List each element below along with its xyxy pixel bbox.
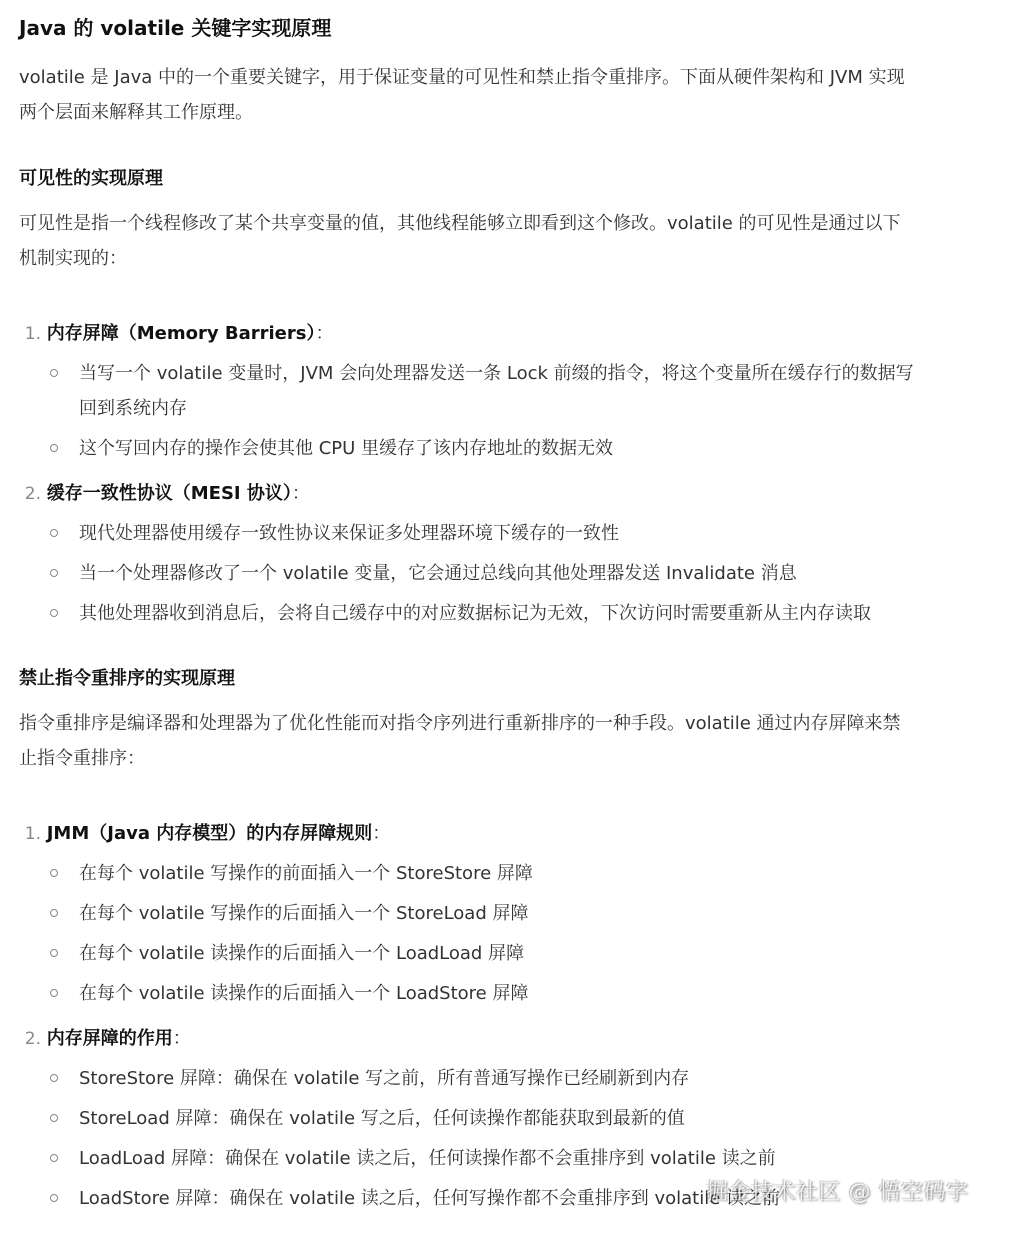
list-item-colon: ： <box>315 323 333 344</box>
list-number: 1. <box>11 320 41 348</box>
list-item-title: 内存屏障的作用 <box>47 1028 173 1049</box>
hollow-circle-bullet-icon <box>50 529 58 537</box>
description-line: 指令重排序是编译器和处理器为了优化性能而对指令序列进行重新排序的一种手段。vol… <box>19 706 994 741</box>
section-heading-visibility: 可见性的实现原理 <box>19 165 163 193</box>
list-number: 2. <box>11 480 41 508</box>
intro-line: 两个层面来解释其工作原理。 <box>19 95 994 130</box>
hollow-circle-bullet-icon <box>50 609 58 617</box>
list-item-colon: ： <box>292 483 310 504</box>
bullet-text: 现代处理器使用缓存一致性协议来保证多处理器环境下缓存的一致性 <box>79 516 619 551</box>
description-line: 机制实现的： <box>19 241 994 276</box>
list-number: 2. <box>11 1025 41 1053</box>
list-item-title: JMM（Java 内存模型）的内存屏障规则 <box>47 823 373 844</box>
list-number: 1. <box>11 820 41 848</box>
bullet-text: LoadLoad 屏障：确保在 volatile 读之后，任何读操作都不会重排序… <box>79 1141 776 1176</box>
intro-paragraph: volatile 是 Java 中的一个重要关键字，用于保证变量的可见性和禁止指… <box>19 60 994 130</box>
bullet-text: 在每个 volatile 写操作的后面插入一个 StoreLoad 屏障 <box>79 896 528 931</box>
intro-line: volatile 是 Java 中的一个重要关键字，用于保证变量的可见性和禁止指… <box>19 60 994 95</box>
list-item-title: 缓存一致性协议（MESI 协议） <box>47 483 292 504</box>
hollow-circle-bullet-icon <box>50 989 58 997</box>
reorder-description: 指令重排序是编译器和处理器为了优化性能而对指令序列进行重新排序的一种手段。vol… <box>19 706 994 776</box>
list-item-colon: ： <box>372 823 390 844</box>
hollow-circle-bullet-icon <box>50 909 58 917</box>
hollow-circle-bullet-icon <box>50 569 58 577</box>
bullet-text: 当写一个 volatile 变量时，JVM 会向处理器发送一条 Lock 前缀的… <box>79 356 914 391</box>
watermark: 掘金技术社区 @ 悟空码字 <box>706 1177 969 1209</box>
hollow-circle-bullet-icon <box>50 869 58 877</box>
ordered-item-mesi: 2. 缓存一致性协议（MESI 协议）： <box>11 480 310 508</box>
ordered-item-memory-barriers: 1. 内存屏障（Memory Barriers）： <box>11 320 333 348</box>
bullet-text: 在每个 volatile 写操作的前面插入一个 StoreStore 屏障 <box>79 856 533 891</box>
bullet-text: 当一个处理器修改了一个 volatile 变量，它会通过总线向其他处理器发送 I… <box>79 556 797 591</box>
bullet-text: 在每个 volatile 读操作的后面插入一个 LoadStore 屏障 <box>79 976 528 1011</box>
hollow-circle-bullet-icon <box>50 1114 58 1122</box>
bullet-text: 回到系统内存 <box>79 391 914 426</box>
bullet-text: 其他处理器收到消息后，会将自己缓存中的对应数据标记为无效，下次访问时需要重新从主… <box>79 596 871 631</box>
bullet-text: StoreLoad 屏障：确保在 volatile 写之后，任何读操作都能获取到… <box>79 1101 685 1136</box>
page-title: Java 的 volatile 关键字实现原理 <box>19 13 331 43</box>
hollow-circle-bullet-icon <box>50 1194 58 1202</box>
bullet-text: 这个写回内存的操作会使其他 CPU 里缓存了该内存地址的数据无效 <box>79 431 613 466</box>
description-line: 可见性是指一个线程修改了某个共享变量的值，其他线程能够立即看到这个修改。vola… <box>19 206 994 241</box>
bullet-text: LoadStore 屏障：确保在 volatile 读之后，任何写操作都不会重排… <box>79 1181 780 1216</box>
visibility-description: 可见性是指一个线程修改了某个共享变量的值，其他线程能够立即看到这个修改。vola… <box>19 206 994 276</box>
description-line: 止指令重排序： <box>19 741 994 776</box>
ordered-item-jmm-rules: 1. JMM（Java 内存模型）的内存屏障规则： <box>11 820 390 848</box>
hollow-circle-bullet-icon <box>50 949 58 957</box>
bullet-text: 在每个 volatile 读操作的后面插入一个 LoadLoad 屏障 <box>79 936 524 971</box>
hollow-circle-bullet-icon <box>50 1074 58 1082</box>
hollow-circle-bullet-icon <box>50 369 58 377</box>
section-heading-reorder: 禁止指令重排序的实现原理 <box>19 665 235 693</box>
hollow-circle-bullet-icon <box>50 1154 58 1162</box>
list-item-title: 内存屏障（Memory Barriers） <box>47 323 316 344</box>
ordered-item-barrier-effects: 2. 内存屏障的作用： <box>11 1025 191 1053</box>
bullet-text: StoreStore 屏障：确保在 volatile 写之前，所有普通写操作已经… <box>79 1061 689 1096</box>
list-item-colon: ： <box>173 1028 191 1049</box>
hollow-circle-bullet-icon <box>50 444 58 452</box>
